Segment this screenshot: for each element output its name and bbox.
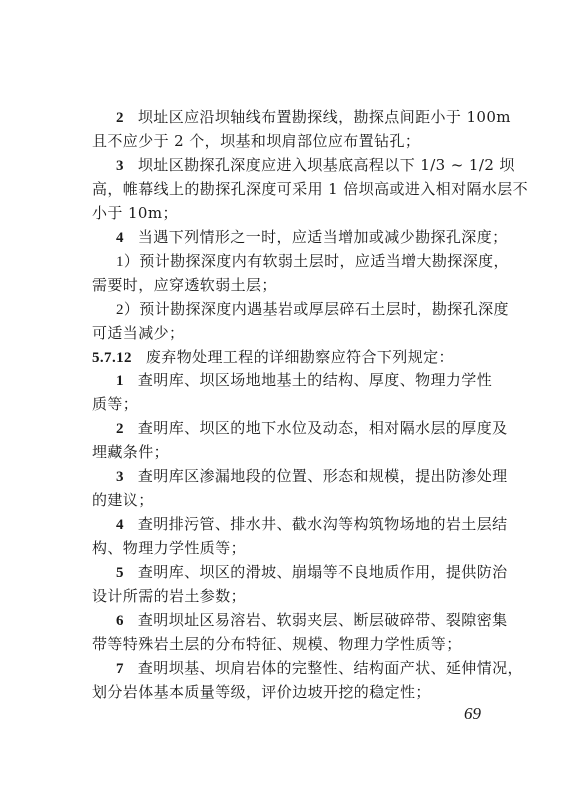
clause-item-6-line-1: 6查明坝址区易溶岩、软弱夹层、断层破碎带、裂隙密集 (92, 609, 488, 633)
line-text: 且不应少于 2 个，坝基和坝肩部位应布置钻孔； (92, 132, 420, 150)
item-number: 1 (116, 373, 124, 389)
item-number: 2 (116, 110, 124, 126)
clause-item-6-line-2: 带等特殊岩土层的分布特征、规模、物理力学性质等； (92, 633, 488, 657)
line-text: 构、物理力学性质等； (92, 539, 246, 557)
list-item-3-line-3: 小于 10m； (92, 202, 488, 226)
line-text: 1）预计勘探深度内有软弱土层时，应适当增大勘探深度， (116, 254, 509, 270)
line-text: 废弃物处理工程的详细勘察应符合下列规定： (146, 348, 454, 366)
line-text: 查明库、坝区场地地基土的结构、厚度、物理力学性 (138, 371, 492, 389)
clause-item-1-line-2: 质等； (92, 393, 488, 417)
item-number: 4 (116, 230, 124, 246)
line-text: 查明排污管、排水井、截水沟等构筑物场地的岩土层结 (138, 515, 508, 533)
item-number: 3 (116, 158, 124, 174)
sub-item-1-line-1: 1）预计勘探深度内有软弱土层时，应适当增大勘探深度， (92, 250, 488, 274)
body-text: 2坝址区应沿坝轴线布置勘探线，勘探点间距小于 100m 且不应少于 2 个，坝基… (92, 106, 488, 705)
line-text: 坝址区应沿坝轴线布置勘探线，勘探点间距小于 100m (138, 108, 511, 126)
line-text: 高，帷幕线上的勘探孔深度可采用 1 倍坝高或进入相对隔水层不 (92, 180, 528, 198)
clause-item-3-line-1: 3查明库区渗漏地段的位置、形态和规模，提出防渗处理 (92, 465, 488, 489)
line-text: 查明库、坝区的滑坡、崩塌等不良地质作用，提供防治 (138, 563, 508, 581)
line-text: 可适当减少； (92, 324, 184, 342)
clause-item-5-line-1: 5查明库、坝区的滑坡、崩塌等不良地质作用，提供防治 (92, 561, 488, 585)
clause-number: 5.7.12 (92, 350, 132, 366)
line-text: 小于 10m； (92, 204, 178, 222)
line-text: 2）预计勘探深度内遇基岩或厚层碎石土层时，勘探孔深度 (116, 302, 509, 318)
line-text: 质等； (92, 395, 138, 413)
clause-item-3-line-2: 的建议； (92, 489, 488, 513)
line-text: 的建议； (92, 491, 154, 509)
clause-item-1-line-1: 1查明库、坝区场地地基土的结构、厚度、物理力学性 (92, 369, 488, 393)
line-text: 查明库、坝区的地下水位及动态，相对隔水层的厚度及 (138, 419, 508, 437)
line-text: 划分岩体基本质量等级，评价边坡开挖的稳定性； (92, 683, 431, 701)
line-text: 埋藏条件； (92, 443, 169, 461)
line-text: 当遇下列情形之一时，应适当增加或减少勘探孔深度； (138, 228, 508, 246)
clause-item-7-line-2: 划分岩体基本质量等级，评价边坡开挖的稳定性； (92, 681, 488, 705)
list-item-3-line-2: 高，帷幕线上的勘探孔深度可采用 1 倍坝高或进入相对隔水层不 (92, 178, 488, 202)
item-number: 3 (116, 469, 124, 485)
list-item-4-line-1: 4当遇下列情形之一时，应适当增加或减少勘探孔深度； (92, 226, 488, 250)
line-text: 设计所需的岩土参数； (92, 587, 246, 605)
clause-item-2-line-2: 埋藏条件； (92, 441, 488, 465)
clause-item-4-line-1: 4查明排污管、排水井、截水沟等构筑物场地的岩土层结 (92, 513, 488, 537)
clause-heading: 5.7.12废弃物处理工程的详细勘察应符合下列规定： (92, 346, 488, 370)
line-text: 带等特殊岩土层的分布特征、规模、物理力学性质等； (92, 635, 462, 653)
item-number: 6 (116, 613, 124, 629)
list-item-3-line-1: 3坝址区勘探孔深度应进入坝基底高程以下 1/3 ~ 1/2 坝 (92, 154, 488, 178)
sub-item-2-line-2: 可适当减少； (92, 322, 488, 346)
line-text: 需要时，应穿透软弱土层； (92, 276, 277, 294)
item-number: 7 (116, 661, 124, 677)
item-number: 5 (116, 565, 124, 581)
clause-item-4-line-2: 构、物理力学性质等； (92, 537, 488, 561)
sub-item-2-line-1: 2）预计勘探深度内遇基岩或厚层碎石土层时，勘探孔深度 (92, 298, 488, 322)
document-page: 2坝址区应沿坝轴线布置勘探线，勘探点间距小于 100m 且不应少于 2 个，坝基… (0, 0, 561, 804)
item-number: 4 (116, 517, 124, 533)
line-text: 查明坝址区易溶岩、软弱夹层、断层破碎带、裂隙密集 (138, 611, 508, 629)
list-item-2-line-2: 且不应少于 2 个，坝基和坝肩部位应布置钻孔； (92, 130, 488, 154)
item-number: 2 (116, 421, 124, 437)
clause-item-5-line-2: 设计所需的岩土参数； (92, 585, 488, 609)
page-number: 69 (464, 704, 481, 724)
sub-item-1-line-2: 需要时，应穿透软弱土层； (92, 274, 488, 298)
line-text: 查明坝基、坝肩岩体的完整性、结构面产状、延伸情况， (138, 659, 523, 677)
line-text: 坝址区勘探孔深度应进入坝基底高程以下 1/3 ~ 1/2 坝 (138, 156, 515, 174)
line-text: 查明库区渗漏地段的位置、形态和规模，提出防渗处理 (138, 467, 508, 485)
list-item-2-line-1: 2坝址区应沿坝轴线布置勘探线，勘探点间距小于 100m (92, 106, 488, 130)
clause-item-7-line-1: 7查明坝基、坝肩岩体的完整性、结构面产状、延伸情况， (92, 657, 488, 681)
clause-item-2-line-1: 2查明库、坝区的地下水位及动态，相对隔水层的厚度及 (92, 417, 488, 441)
